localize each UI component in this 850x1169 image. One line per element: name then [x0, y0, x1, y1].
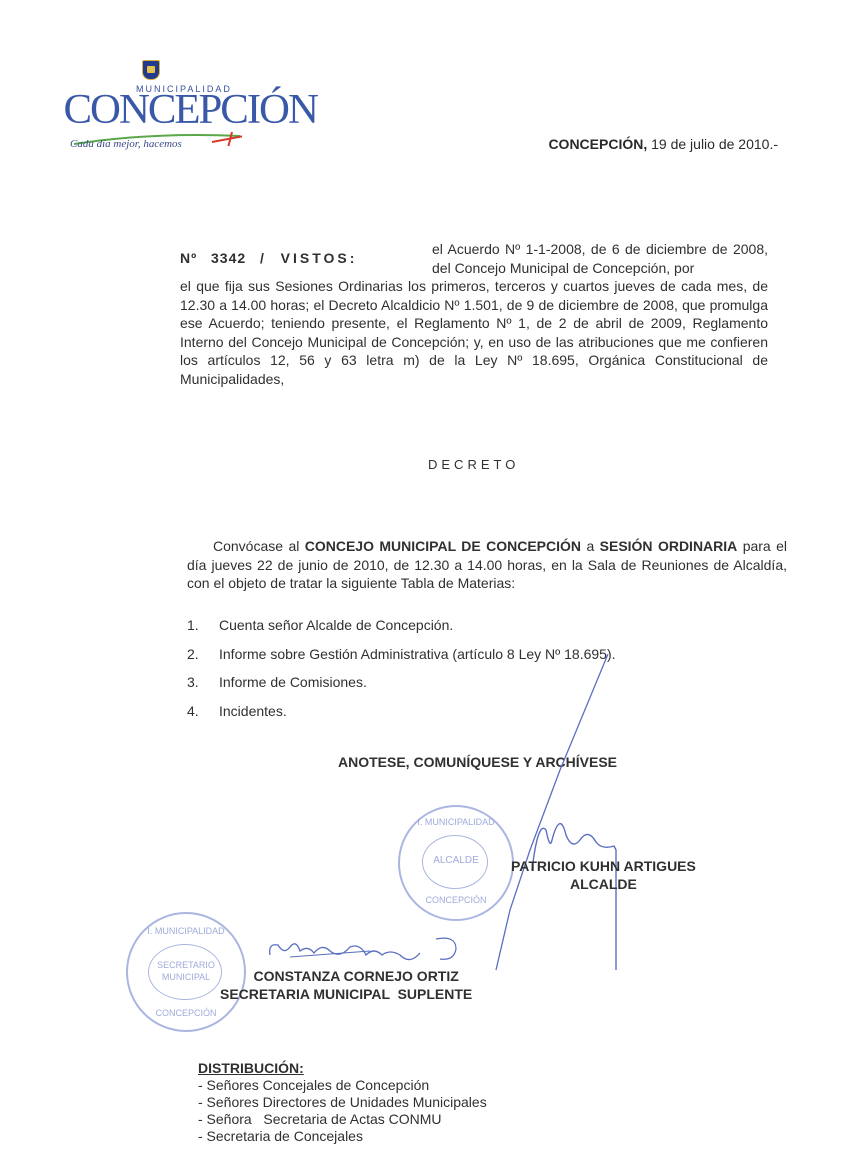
alcalde-signature	[490, 650, 650, 980]
alcalde-signature-block: PATRICIO KUHN ARTIGUES ALCALDE	[511, 857, 696, 893]
item-number: 3.	[187, 674, 219, 703]
item-number: 1.	[187, 617, 219, 646]
municipal-shield-icon	[142, 60, 160, 80]
secretaria-name: CONSTANZA CORNEJO ORTIZ	[220, 967, 472, 985]
city: CONCEPCIÓN,	[548, 136, 647, 152]
secretaria-signature-block: CONSTANZA CORNEJO ORTIZ SECRETARIA MUNIC…	[220, 967, 472, 1003]
logo-slogan: Cada día mejor, hacemos	[70, 138, 182, 150]
stamp-bottom-text: CONCEPCIÓN	[128, 1008, 244, 1018]
municipality-logo: MUNICIPALIDAD CONCEPCIÓN Cada día mejor,…	[64, 58, 249, 168]
item-text: Informe de Comisiones.	[219, 674, 367, 703]
stamp-top-text: I. MUNICIPALIDAD	[128, 926, 244, 936]
distribution-heading: DISTRIBUCIÓN:	[198, 1060, 487, 1077]
date: 19 de julio de 2010.-	[651, 136, 778, 152]
convoca-body: CONCEJO MUNICIPAL DE CONCEPCIÓN	[305, 538, 581, 554]
vistos-body: el que fija sus Sesiones Ordinarias los …	[180, 277, 768, 388]
vistos-label: VISTOS:	[281, 250, 358, 266]
number-sign: Nº	[180, 250, 197, 266]
vistos-section: Nº 3342 / VISTOS: el Acuerdo Nº 1-1-2008…	[180, 240, 768, 388]
list-item: - Señores Directores de Unidades Municip…	[198, 1094, 487, 1111]
separator: /	[260, 250, 267, 266]
secretaria-title: SECRETARIA MUNICIPAL SUPLENTE	[220, 985, 472, 1003]
item-text: Incidentes.	[219, 703, 287, 732]
list-item: 1.Cuenta señor Alcalde de Concepción.	[187, 617, 616, 646]
convoca-paragraph: Convócase al CONCEJO MUNICIPAL DE CONCEP…	[187, 537, 787, 593]
list-item: - Señora Secretaria de Actas CONMU	[198, 1111, 487, 1128]
item-text: Cuenta señor Alcalde de Concepción.	[219, 617, 453, 646]
alcalde-title: ALCALDE	[511, 875, 696, 893]
list-item: - Secretaria de Concejales	[198, 1128, 487, 1145]
vistos-first-lines: el Acuerdo Nº 1-1-2008, de 6 de diciembr…	[432, 240, 768, 277]
convoca-mid: a	[586, 538, 594, 554]
convoca-pre: Convócase al	[213, 538, 299, 554]
decree-number: 3342	[211, 250, 246, 266]
item-number: 4.	[187, 703, 219, 732]
decree-number-label: Nº 3342 / VISTOS:	[180, 240, 432, 277]
convoca-session: SESIÓN ORDINARIA	[600, 538, 738, 554]
list-item: - Señores Concejales de Concepción	[198, 1077, 487, 1094]
alcalde-name: PATRICIO KUHN ARTIGUES	[511, 857, 696, 875]
decreto-title: DECRETO	[428, 457, 519, 472]
logo-name: CONCEPCIÓN	[64, 86, 317, 134]
distribution-list: DISTRIBUCIÓN: - Señores Concejales de Co…	[198, 1060, 487, 1145]
item-number: 2.	[187, 646, 219, 675]
date-line: CONCEPCIÓN, 19 de julio de 2010.-	[548, 136, 778, 152]
